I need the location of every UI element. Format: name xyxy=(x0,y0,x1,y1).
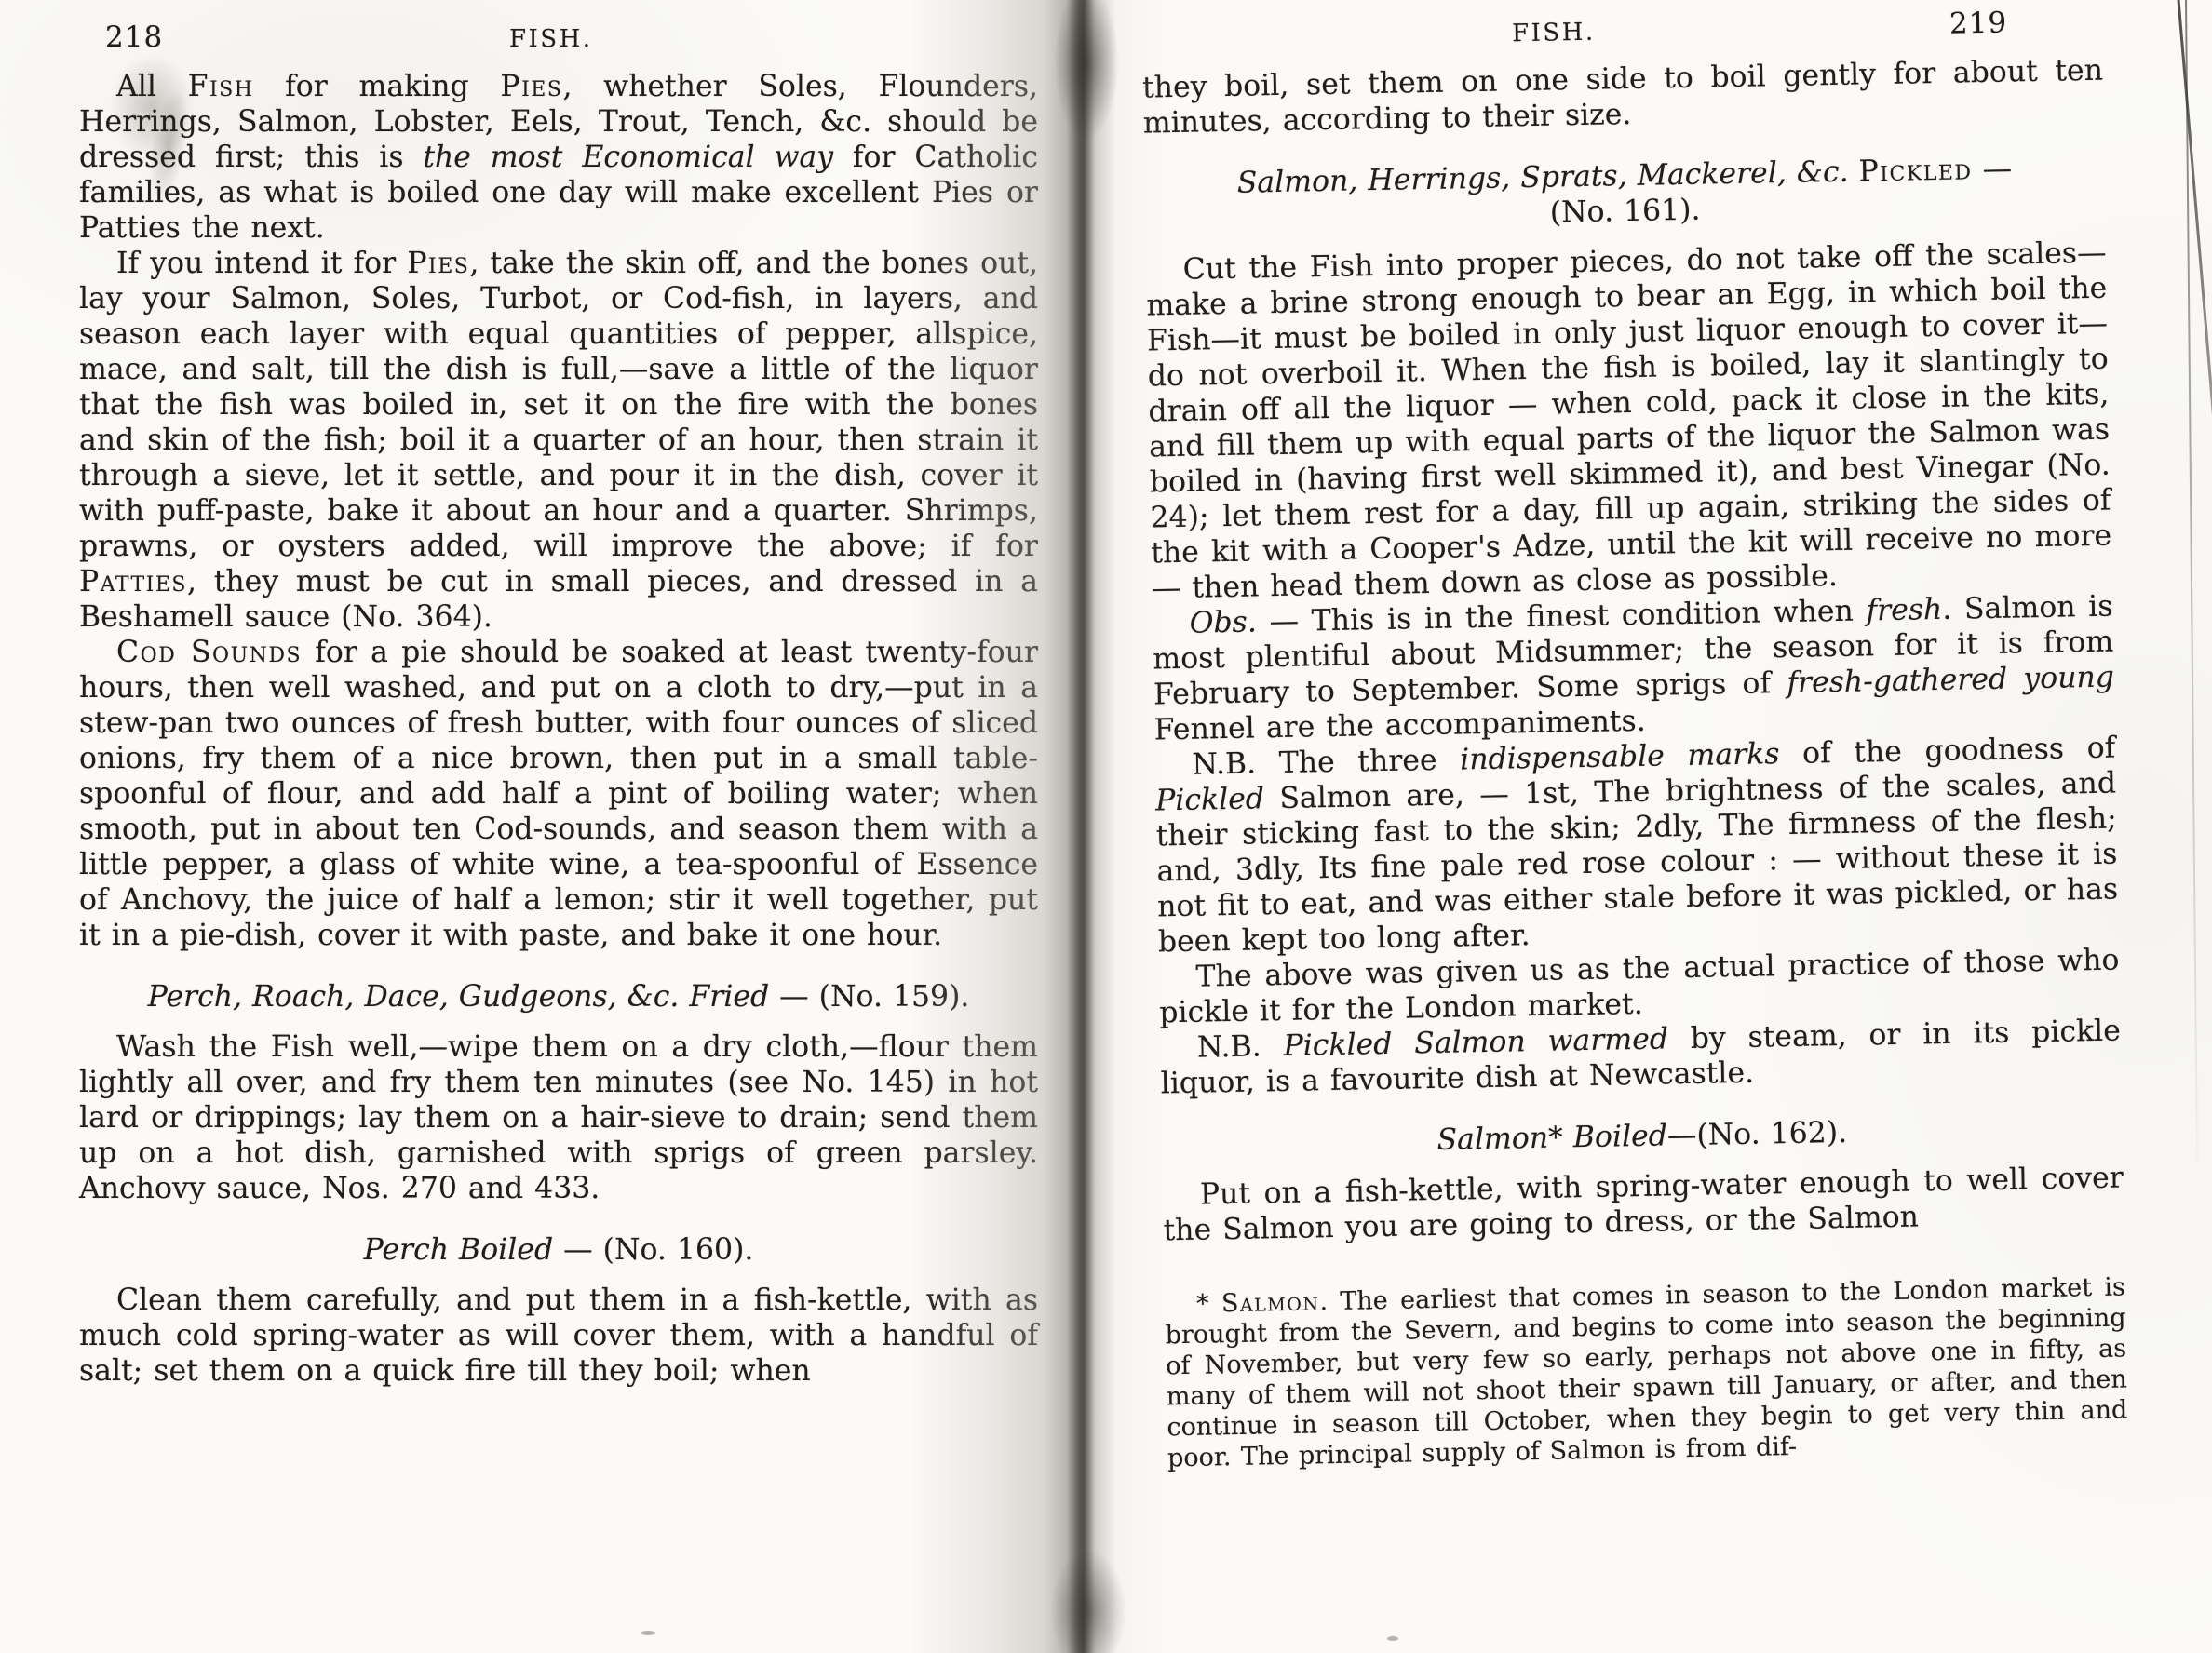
left-running-head: FISH. xyxy=(509,25,593,53)
right-page: FISH. 219 they boil, set them on one sid… xyxy=(1141,5,2128,1474)
body-paragraph: If you intend it for Pies, take the skin… xyxy=(79,246,1038,635)
footnote-paragraph: * Salmon. The earliest that comes in sea… xyxy=(1165,1271,2128,1473)
body-paragraph: All Fish for making Pies, whether Soles,… xyxy=(79,69,1038,246)
left-page-header: 218 FISH. xyxy=(79,20,1038,69)
left-page-number: 218 xyxy=(105,20,163,54)
left-page-text: All Fish for making Pies, whether Soles,… xyxy=(79,69,1038,1389)
recipe-heading: Salmon, Herrings, Sprats, Mackerel, &c. … xyxy=(1144,150,2106,238)
recipe-heading: Perch Boiled — (No. 160). xyxy=(79,1232,1038,1268)
page-edge-line xyxy=(2177,0,2212,439)
body-paragraph: Clean them carefully, and put them in a … xyxy=(79,1283,1038,1389)
right-running-head: FISH. xyxy=(1512,19,1596,48)
right-page-text: they boil, set them on one side to boil … xyxy=(1142,53,2128,1474)
left-page: 218 FISH. All Fish for making Pies, whet… xyxy=(79,20,1038,1389)
scan-speck xyxy=(641,1631,655,1635)
body-paragraph: Cod Sounds for a pie should be soaked at… xyxy=(79,635,1038,953)
recipe-heading: Perch, Roach, Dace, Gudgeons, &c. Fried … xyxy=(79,979,1038,1015)
book-scan: 218 FISH. All Fish for making Pies, whet… xyxy=(0,0,2212,1653)
recipe-heading: Salmon* Boiled—(No. 162). xyxy=(1162,1109,2124,1162)
body-paragraph: Wash the Fish well,—wipe them on a dry c… xyxy=(79,1029,1038,1206)
scan-speck xyxy=(1387,1636,1398,1641)
body-paragraph: Cut the Fish into proper pieces, do not … xyxy=(1145,235,2112,607)
right-page-number: 219 xyxy=(1949,7,2008,41)
body-paragraph: N.B. The three indispensable marks of th… xyxy=(1154,731,2119,961)
body-paragraph: Obs. — This is in the finest condition w… xyxy=(1152,589,2115,748)
body-paragraph: Put on a fish-kettle, with spring-water … xyxy=(1163,1160,2124,1248)
